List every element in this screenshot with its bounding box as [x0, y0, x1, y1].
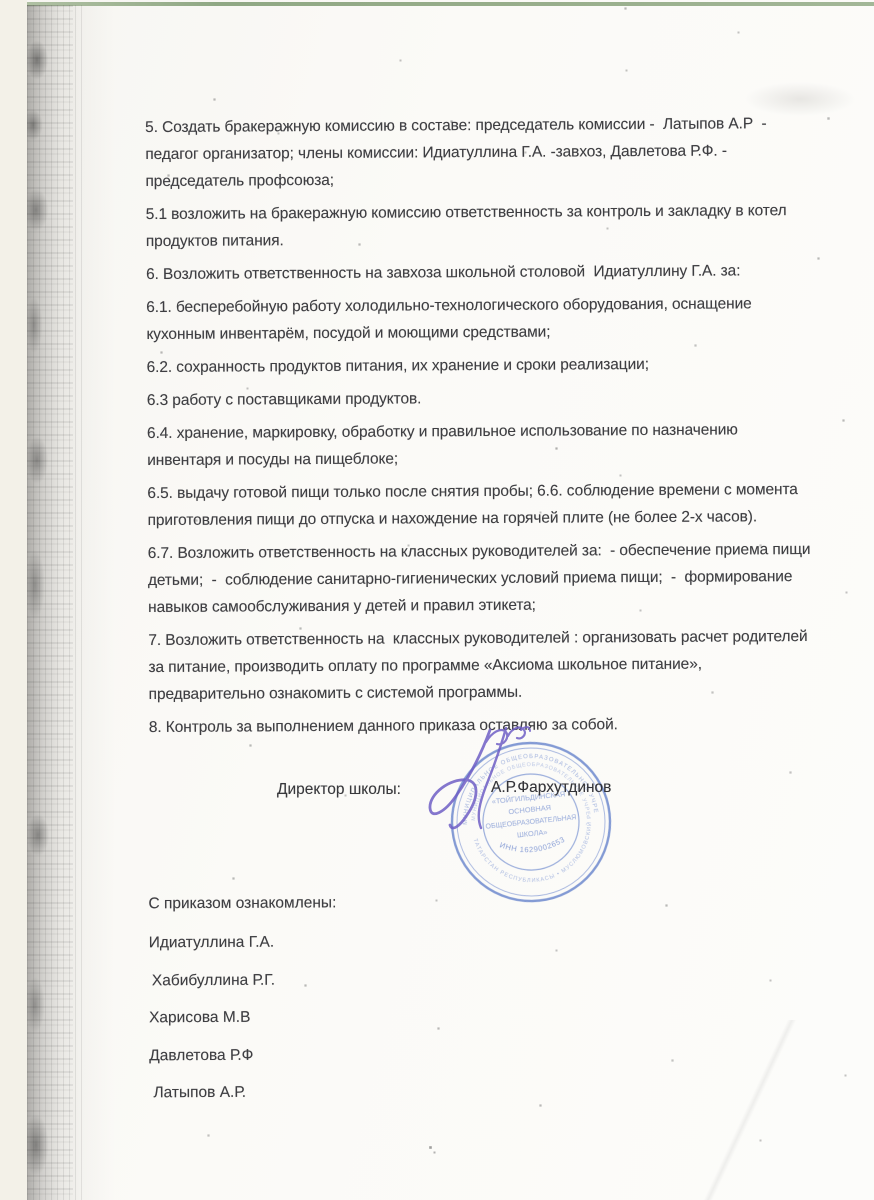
- acknowledgement-name: Латыпов А.Р.: [149, 1081, 649, 1104]
- order-paragraph: 6.7. Возложить ответственность на классн…: [148, 536, 816, 621]
- director-signature-ink: [424, 722, 534, 844]
- order-paragraph: 5.1 возложить на бракеражную комиссию от…: [146, 197, 814, 255]
- order-text-block: 5. Создать бракеражную комиссию в состав…: [145, 110, 817, 747]
- order-paragraph: 5. Создать бракеражную комиссию в состав…: [145, 110, 813, 195]
- order-paragraph: 6. Возложить ответственность на завхоза …: [146, 257, 814, 288]
- acknowledgement-name: Идиатуллина Г.А.: [149, 931, 649, 954]
- order-paragraph: 7. Возложить ответственность на классных…: [148, 623, 816, 708]
- order-paragraph: 6.1. бесперебойную работу холодильно-тех…: [146, 290, 814, 348]
- scan-shadow-lines: [27, 5, 87, 1200]
- scan-noise-specks: [0, 0, 1, 1]
- acknowledgement-block: С приказом ознакомлены: Идиатуллина Г.А.…: [148, 892, 649, 1121]
- order-paragraph: 6.4. хранение, маркировку, обработку и п…: [147, 416, 815, 474]
- acknowledgement-name: Хабибуллина Р.Г.: [149, 968, 649, 991]
- scanned-order-page: 5. Создать бракеражную комиссию в состав…: [0, 0, 874, 1200]
- scanner-left-margin: [0, 0, 27, 1200]
- acknowledgement-name: Харисова М.В: [149, 1006, 649, 1029]
- paper-crease: [640, 1020, 860, 1200]
- acknowledgement-names: Идиатуллина Г.А.Хабибуллина Р.Г.Харисова…: [149, 931, 650, 1104]
- acknowledgement-name: Давлетова Р.Ф: [149, 1043, 649, 1066]
- order-paragraph: 6.5. выдачу готовой пищи только после сн…: [147, 476, 815, 534]
- director-label: Директор школы:: [277, 781, 401, 799]
- order-paragraph: 6.2. сохранность продуктов питания, их х…: [147, 350, 815, 381]
- order-paragraph: 6.3 работу с поставщиками продуктов.: [147, 383, 815, 414]
- scanner-top-edge: [0, 2, 874, 6]
